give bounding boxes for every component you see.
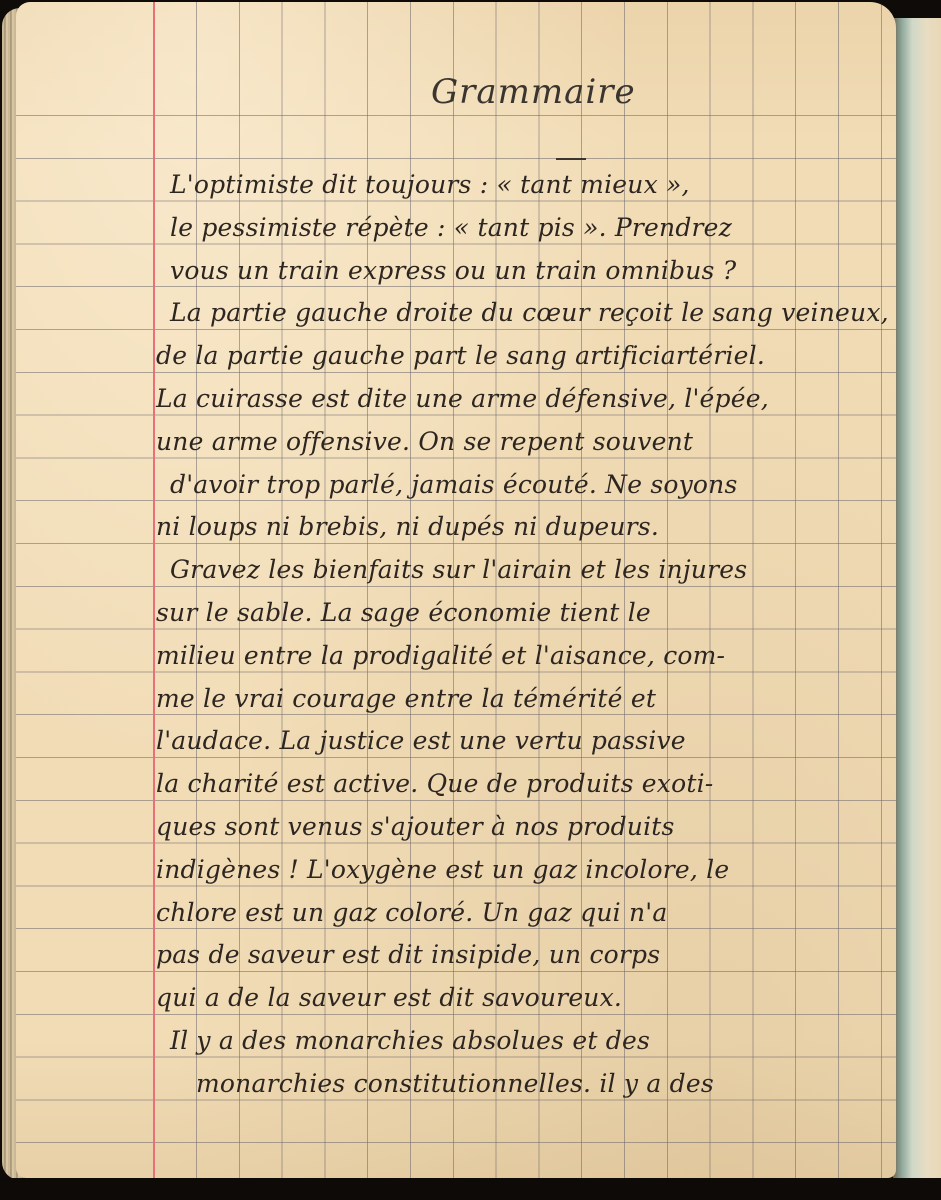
handwritten-line: chlore est un gaz coloré. Un gaz qui n'a bbox=[156, 892, 896, 935]
handwritten-line: sur le sable. La sage économie tient le bbox=[156, 592, 896, 635]
handwritten-line: Gravez les bienfaits sur l'airain et les… bbox=[156, 549, 896, 592]
handwritten-line: Il y a des monarchies absolues et des bbox=[156, 1020, 896, 1063]
red-margin-line bbox=[153, 2, 155, 1178]
handwritten-line: L'optimiste dit toujours : « tant mieux … bbox=[156, 164, 896, 207]
handwritten-line: le pessimiste répète : « tant pis ». Pre… bbox=[156, 207, 896, 250]
handwritten-line: me le vrai courage entre la témérité et bbox=[156, 678, 896, 721]
handwritten-line: indigènes ! L'oxygène est un gaz incolor… bbox=[156, 849, 896, 892]
handwritten-text-block: L'optimiste dit toujours : « tant mieux … bbox=[156, 164, 896, 1106]
handwritten-line: ques sont venus s'ajouter à nos produits bbox=[156, 806, 896, 849]
notebook-page: Grammaire L'optimiste dit toujours : « t… bbox=[16, 2, 896, 1178]
handwritten-line: la charité est active. Que de produits e… bbox=[156, 763, 896, 806]
handwritten-line: milieu entre la prodigalité et l'aisance… bbox=[156, 635, 896, 678]
handwritten-line: qui a de la saveur est dit savoureux. bbox=[156, 977, 896, 1020]
handwritten-line: monarchies constitutionnelles. il y a de… bbox=[156, 1063, 896, 1106]
handwritten-line: La partie gauche droite du cœur reçoit l… bbox=[156, 292, 896, 335]
handwritten-line: de la partie gauche part le sang artific… bbox=[156, 335, 896, 378]
handwritten-line: vous un train express ou un train omnibu… bbox=[156, 250, 896, 293]
page-title: Grammaire bbox=[431, 72, 636, 112]
handwritten-line: ni loups ni brebis, ni dupés ni dupeurs. bbox=[156, 506, 896, 549]
handwritten-line: La cuirasse est dite une arme défensive,… bbox=[156, 378, 896, 421]
adjacent-page-edge bbox=[893, 18, 941, 1178]
handwritten-line: une arme offensive. On se repent souvent bbox=[156, 421, 896, 464]
title-underline-rule bbox=[556, 158, 586, 160]
handwritten-line: d'avoir trop parlé, jamais écouté. Ne so… bbox=[156, 464, 896, 507]
handwritten-line: l'audace. La justice est une vertu passi… bbox=[156, 720, 896, 763]
handwritten-line: pas de saveur est dit insipide, un corps bbox=[156, 934, 896, 977]
scan-background-bottom bbox=[0, 1178, 941, 1200]
